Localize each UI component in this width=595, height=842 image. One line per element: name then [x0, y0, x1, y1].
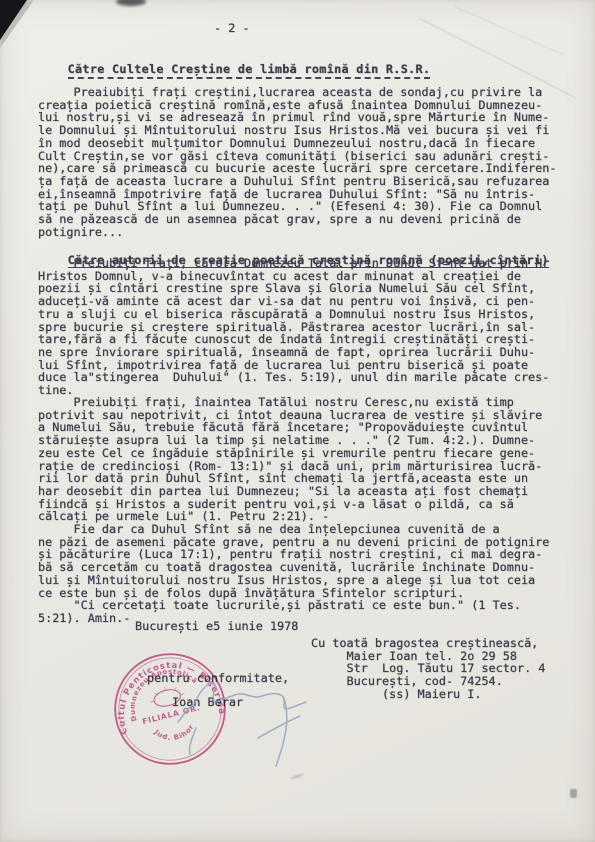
heading-cults-text: Către Cultele Creștine de limbă romînă d…	[68, 63, 431, 80]
paragraph-authors-1: Preiubiți frați, cărora Dumnezeu Tatăl p…	[38, 257, 549, 397]
scan-speck	[570, 789, 577, 798]
paper-crease	[455, 6, 565, 56]
scan-smudge	[116, 0, 146, 6]
scanned-document-page: - 2 - Către Cultele Creștine de limbă ro…	[0, 0, 595, 842]
signature-strokes	[178, 683, 306, 766]
date-line: București e5 iunie 1978	[135, 620, 298, 633]
closing-address-block: Cu toată bragostea creștinească, Maier I…	[311, 637, 545, 701]
paragraph-authors-2: Preiubiți frați, înaintea Tatălui nostru…	[38, 396, 542, 523]
page-number: - 2 -	[214, 22, 250, 35]
handwritten-signature	[160, 666, 335, 781]
paragraph-cults: Preaiubiți frați creștini,lucrarea aceas…	[38, 86, 556, 238]
paragraph-authors-3: Fie dar ca Duhul Sfînt să ne dea înțelep…	[38, 523, 549, 625]
